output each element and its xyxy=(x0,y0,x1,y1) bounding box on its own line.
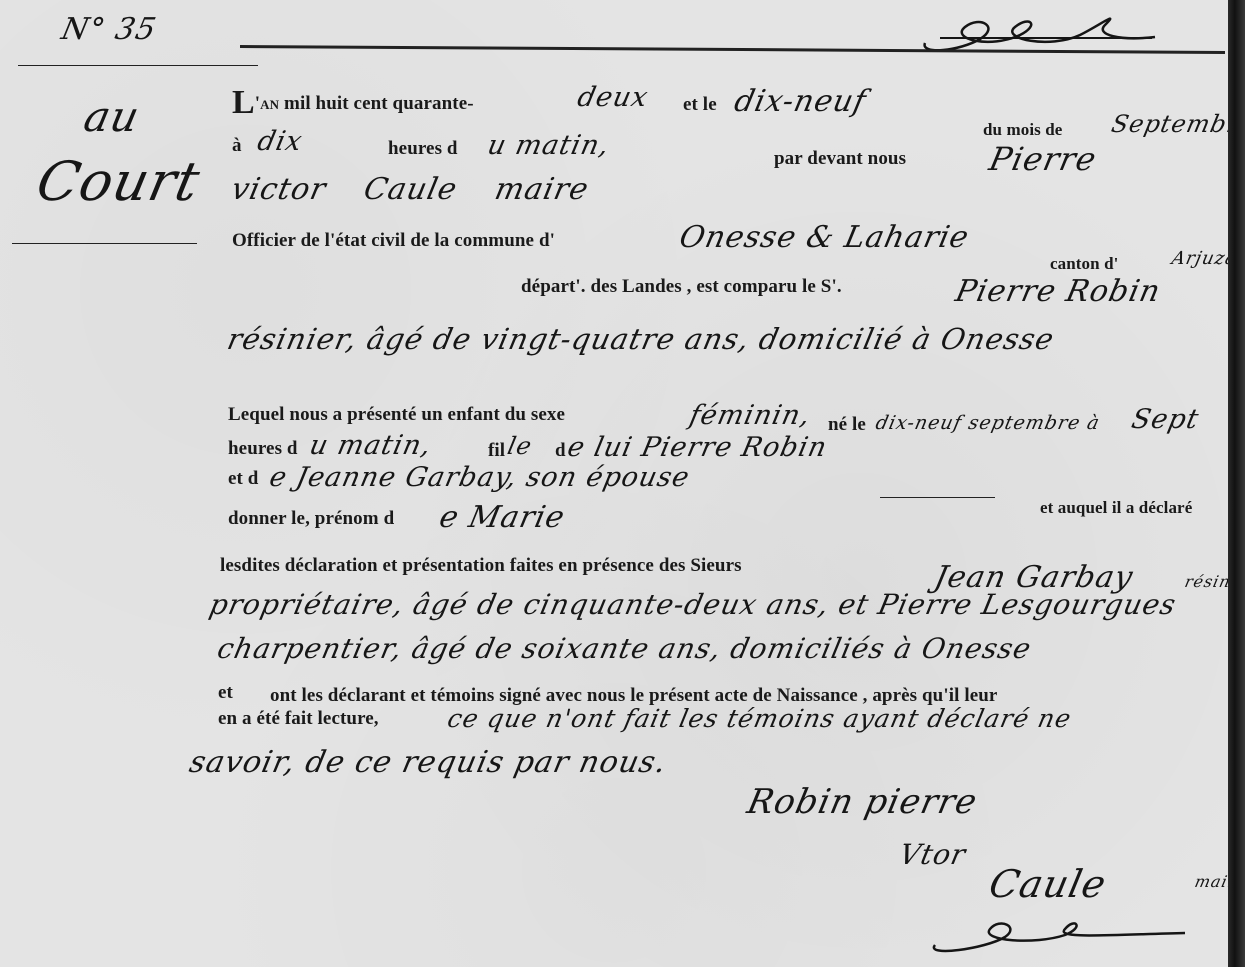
line8-heures: heures d xyxy=(228,438,298,460)
year-handwritten: deux xyxy=(575,82,651,113)
month-handwritten: Septembre xyxy=(1109,110,1245,138)
declarant-details-handwritten: résinier, âgé de vingt-quatre ans, domic… xyxy=(224,322,1057,356)
line9-auquel: et auquel il a déclaré xyxy=(1040,498,1192,518)
signature-mayor: Caule xyxy=(985,862,1110,906)
child-name-handwritten: e Marie xyxy=(436,500,568,535)
time-handwritten: u matin, xyxy=(485,130,613,161)
line8-fil: fil xyxy=(488,440,505,462)
signature-declarant: Robin pierre xyxy=(744,782,981,822)
mother-handwritten: e Jeanne Garbay, son épouse xyxy=(267,462,693,493)
birthdate-handwritten: dix-neuf septembre à xyxy=(874,412,1102,434)
hour-handwritten: dix xyxy=(255,126,306,157)
line2-heures: heures d xyxy=(388,138,458,160)
line7-lequel: Lequel nous a présenté un enfant du sexe xyxy=(228,404,565,426)
scan-edge xyxy=(1228,0,1245,967)
line11-lesdites: lesdites déclaration et présentation fai… xyxy=(220,555,742,577)
line1-du-mois: du mois de xyxy=(983,120,1062,140)
margin-note-line2: Court xyxy=(31,150,206,213)
margin-note-line1: au xyxy=(80,92,145,141)
officer-firstname: Pierre xyxy=(986,140,1100,178)
witness2-details-handwritten: charpentier, âgé de soixante ans, domici… xyxy=(214,632,1034,665)
line1-et-le: et le xyxy=(683,94,717,116)
sex-handwritten: féminin, xyxy=(687,400,814,431)
birth-time-handwritten: u matin, xyxy=(307,430,435,461)
line2-par-devant: par devant nous xyxy=(774,148,906,170)
commune-handwritten: Onesse & Laharie xyxy=(676,220,972,255)
paraph-flourish-icon xyxy=(920,5,1160,55)
day-handwritten: dix-neuf xyxy=(731,84,869,119)
line9-et-de: et d xyxy=(228,468,258,490)
fille-handwritten: le xyxy=(505,432,535,460)
signature-paraph-icon xyxy=(925,905,1195,955)
signature-mayor-prefix: Vtor xyxy=(896,838,969,871)
line8-d: d xyxy=(555,440,566,462)
line5-depart: départ'. des Landes , est comparu le S'. xyxy=(521,276,842,298)
line7-ne-le: né le xyxy=(828,414,866,436)
closing-handwritten: savoir, de ce requis par nous. xyxy=(186,745,670,780)
line1-printed: L'AN mil huit cent quarante- xyxy=(232,86,474,120)
lecture-note-handwritten: ce que n'ont fait les témoins ayant décl… xyxy=(445,704,1074,733)
divider xyxy=(18,65,258,66)
birth-hour-handwritten: Sept xyxy=(1129,404,1202,435)
document-page: N° 35 au Court L'AN mil huit cent quaran… xyxy=(0,0,1228,967)
blank-line xyxy=(880,497,995,498)
line15-lecture: en a été fait lecture, xyxy=(218,708,379,730)
witness-details-handwritten: propriétaire, âgé de cinquante-deux ans,… xyxy=(206,588,1179,621)
officer-name-handwritten: victor Caule maire xyxy=(228,172,592,207)
line10-donner: donner le, prénom d xyxy=(228,508,394,530)
father-handwritten: e lui Pierre Robin xyxy=(565,432,830,463)
declarant-handwritten: Pierre Robin xyxy=(952,274,1164,309)
margin-divider xyxy=(12,243,197,244)
line4-officier: Officier de l'état civil de la commune d… xyxy=(232,230,555,252)
entry-number: N° 35 xyxy=(58,12,159,47)
line2-a: à xyxy=(232,135,242,157)
line4-canton: canton d' xyxy=(1050,254,1118,274)
line14-et: et xyxy=(218,682,233,704)
